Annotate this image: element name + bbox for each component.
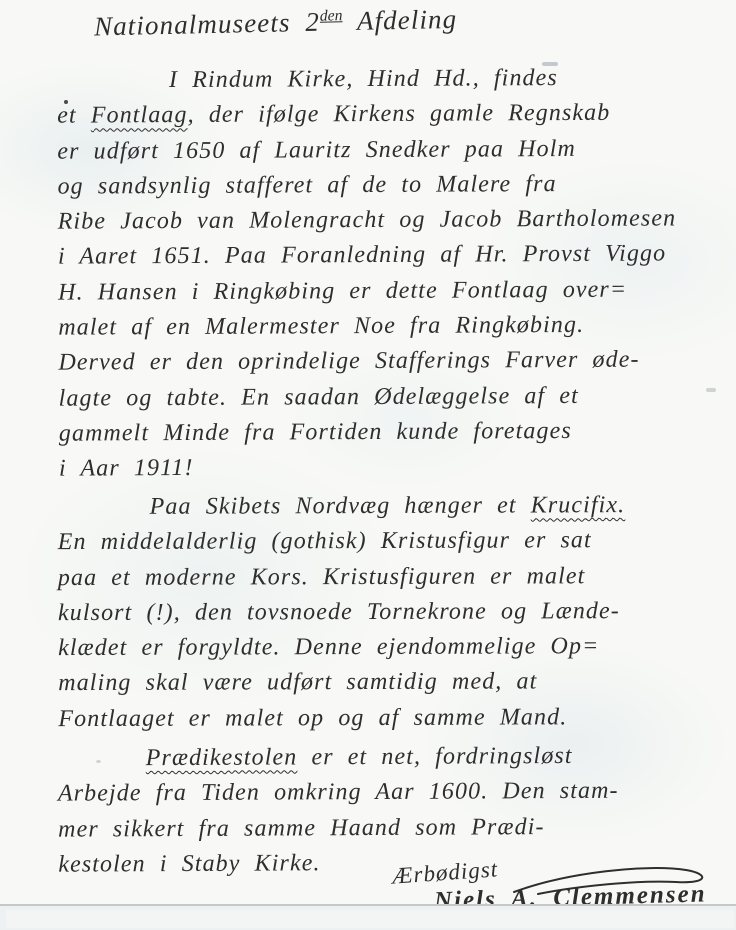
underlined-term: Prædikestolen bbox=[146, 744, 298, 771]
scan-speck bbox=[96, 760, 101, 763]
handwritten-line: Fontlaaget er malet op og af samme Mand. bbox=[58, 700, 686, 737]
line-text: Derved er den oprindelige Stafferings Fa… bbox=[58, 347, 639, 376]
line-text: mer sikkert fra samme Haand som Prædi- bbox=[58, 814, 545, 843]
handwritten-line: kestolen i Staby Kirke. bbox=[58, 844, 686, 883]
line-text: En middelalderlig (gothisk) Kristusfigur… bbox=[58, 528, 592, 556]
handwritten-line: malet af en Malermester Noe fra Ringkøbi… bbox=[58, 307, 686, 346]
handwritten-line: i Aar 1911! bbox=[59, 449, 687, 488]
scan-speck bbox=[64, 100, 68, 104]
line-text: Paa Skibets Nordvæg hænger et bbox=[150, 492, 531, 519]
handwritten-line: Ribe Jacob van Molengracht og Jacob Bart… bbox=[58, 202, 686, 241]
line-text: Ribe Jacob van Molengracht og Jacob Bart… bbox=[58, 206, 677, 235]
handwritten-line: og sandsynlig stafferet af de to Malere … bbox=[57, 166, 685, 205]
line-text: og sandsynlig stafferet af de to Malere … bbox=[57, 171, 556, 200]
handwritten-line: lagte og tabte. En saadan Ødelæggelse af… bbox=[59, 378, 687, 417]
handwritten-line: Paa Skibets Nordvæg hænger et Krucifix. bbox=[58, 488, 686, 525]
handwritten-line: Prædikestolen er et net, fordringsløst bbox=[58, 738, 686, 777]
handwritten-line: Derved er den oprindelige Stafferings Fa… bbox=[58, 343, 686, 382]
scanned-letter-page: Nationalmuseets 2den Afdeling I Rindum K… bbox=[0, 0, 736, 930]
letter-heading: Nationalmuseets 2den Afdeling bbox=[94, 1, 615, 43]
line-text: , der ifølge Kirkens gamle Regnskab bbox=[188, 100, 611, 128]
scan-speck bbox=[542, 62, 558, 66]
line-text: Fontlaaget er malet op og af samme Mand. bbox=[58, 704, 567, 732]
heading-superscript: den bbox=[320, 7, 343, 24]
underlined-term: Fontlaag bbox=[91, 102, 188, 129]
letter-paragraph-2: Paa Skibets Nordvæg hænger et Krucifix.E… bbox=[58, 488, 687, 737]
line-text: H. Hansen i Ringkøbing er dette Fontlaag… bbox=[58, 276, 627, 305]
line-text: paa et moderne Kors. Kristusfiguren er m… bbox=[58, 563, 586, 591]
line-text: kestolen i Staby Kirke. bbox=[58, 850, 320, 877]
line-text: er udført 1650 af Lauritz Snedker paa Ho… bbox=[57, 136, 576, 165]
scan-speck bbox=[706, 388, 716, 392]
line-text: I Rindum Kirke, Hind Hd., findes bbox=[169, 65, 558, 93]
handwritten-line: maling skal være udført samtidig med, at bbox=[58, 664, 686, 701]
line-text: gammelt Minde fra Fortiden kunde foretag… bbox=[59, 418, 572, 447]
handwritten-line: i Aaret 1651. Paa Foranledning af Hr. Pr… bbox=[58, 237, 686, 276]
scan-bottom-edge bbox=[0, 904, 736, 930]
heading-text-post: Afdeling bbox=[342, 4, 457, 36]
line-text: maling skal være udført samtidig med, at bbox=[58, 669, 537, 697]
line-text: er et net, fordringsløst bbox=[297, 743, 572, 770]
scan-bottom-band bbox=[6, 910, 734, 928]
line-text: Arbejde fra Tiden omkring Aar 1600. Den … bbox=[58, 778, 619, 807]
handwritten-line: et Fontlaag, der ifølge Kirkens gamle Re… bbox=[57, 96, 685, 135]
line-text: malet af en Malermester Noe fra Ringkøbi… bbox=[58, 312, 584, 341]
letter-paragraph-1: I Rindum Kirke, Hind Hd., findeset Fontl… bbox=[57, 60, 687, 487]
line-text: kulsort (!), den tovsnoede Tornekrone og… bbox=[58, 598, 620, 626]
line-text: et bbox=[57, 103, 91, 129]
handwritten-line: H. Hansen i Ringkøbing er dette Fontlaag… bbox=[58, 272, 686, 311]
handwritten-line: gammelt Minde fra Fortiden kunde foretag… bbox=[59, 413, 687, 452]
letter-paragraph-3: Prædikestolen er et net, fordringsløstAr… bbox=[58, 738, 687, 882]
handwritten-line: En middelalderlig (gothisk) Kristusfigur… bbox=[58, 523, 686, 560]
handwritten-line: mer sikkert fra samme Haand som Prædi- bbox=[58, 809, 686, 848]
line-text: lagte og tabte. En saadan Ødelæggelse af… bbox=[59, 383, 579, 412]
line-text: i Aar 1911! bbox=[59, 455, 194, 482]
line-text: klædet er forgyldte. Denne ejendommelige… bbox=[58, 633, 599, 661]
handwritten-line: paa et moderne Kors. Kristusfiguren er m… bbox=[58, 558, 686, 595]
underlined-term: Krucifix. bbox=[531, 492, 626, 518]
heading-text-pre: Nationalmuseets 2 bbox=[94, 7, 321, 42]
handwritten-line: kulsort (!), den tovsnoede Tornekrone og… bbox=[58, 594, 686, 631]
handwritten-line: klædet er forgyldte. Denne ejendommelige… bbox=[58, 629, 686, 666]
handwritten-line: er udført 1650 af Lauritz Snedker paa Ho… bbox=[57, 131, 685, 170]
handwritten-line: I Rindum Kirke, Hind Hd., findes bbox=[57, 60, 685, 99]
handwritten-line: Arbejde fra Tiden omkring Aar 1600. Den … bbox=[58, 774, 686, 813]
line-text: i Aaret 1651. Paa Foranledning af Hr. Pr… bbox=[58, 241, 666, 270]
